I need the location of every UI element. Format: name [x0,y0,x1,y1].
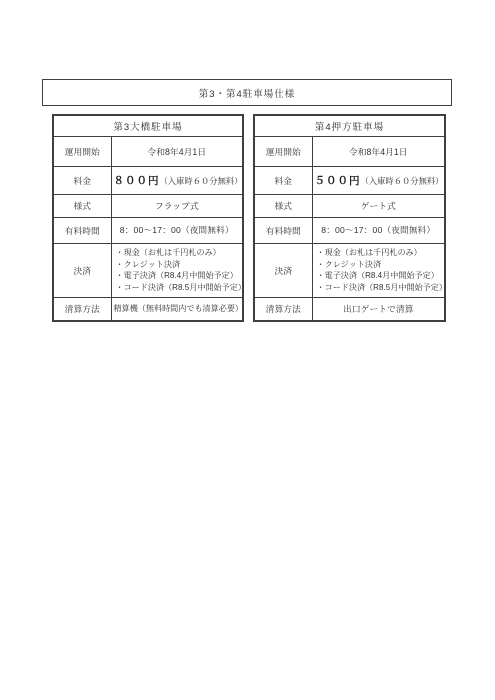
lot4-start-value: 令和8年4月1日 [312,136,445,166]
lot3-fee-amount: ８００円 [114,175,160,187]
table-row: 有料時間 8：00～17：00（夜間無料） [254,217,445,243]
document-title-box: 第3・第4駐車場仕様 [42,79,452,106]
table-row: 料金 ８００円（入庫時６０分無料） [53,166,243,194]
payment-item: ・現金（お札は千円札のみ） [116,247,241,259]
table-row: 様式 フラップ式 [53,194,243,217]
lot4-table-title: 第4押方駐車場 [254,115,445,136]
lot3-fee-label: 料金 [53,166,111,194]
lot4-fee-note: （入庫時６０分無料） [361,176,444,186]
lot4-fee-label: 料金 [254,166,312,194]
lot4-payment-label: 決済 [254,243,312,297]
payment-item: ・コード決済（R8.5月中開始予定） [116,282,241,294]
lot4-style-label: 様式 [254,194,312,217]
lot4-payment-list: ・現金（お札は千円札のみ） ・クレジット決済 ・電子決済（R8.4月中開始予定）… [312,243,445,297]
payment-item: ・電子決済（R8.4月中開始予定） [116,270,241,282]
parking-lot3-table: 第3大橋駐車場 運用開始 令和8年4月1日 料金 ８００円（入庫時６０分無料） … [52,114,244,322]
lot3-table-title: 第3大橋駐車場 [53,115,243,136]
payment-item: ・クレジット決済 [317,259,443,271]
lot3-payment-label: 決済 [53,243,111,297]
lot3-payment-list: ・現金（お札は千円札のみ） ・クレジット決済 ・電子決済（R8.4月中開始予定）… [111,243,243,297]
lot3-settlement-label: 清算方法 [53,297,111,321]
table-row: 様式 ゲート式 [254,194,445,217]
table-row: 料金 ５００円（入庫時６０分無料） [254,166,445,194]
lot4-fee-value: ５００円（入庫時６０分無料） [312,166,445,194]
lot3-settlement-value: 精算機（無料時間内でも清算必要） [111,297,243,321]
lot3-start-label: 運用開始 [53,136,111,166]
payment-item: ・コード決済（R8.5月中開始予定） [317,282,443,294]
table-row: 決済 ・現金（お札は千円札のみ） ・クレジット決済 ・電子決済（R8.4月中開始… [53,243,243,297]
lot4-hours-label: 有料時間 [254,217,312,243]
lot4-style-value: ゲート式 [312,194,445,217]
table-row: 清算方法 精算機（無料時間内でも清算必要） [53,297,243,321]
document-title: 第3・第4駐車場仕様 [199,86,296,100]
lot3-hours-label: 有料時間 [53,217,111,243]
payment-item: ・電子決済（R8.4月中開始予定） [317,270,443,282]
table-row: 第3大橋駐車場 [53,115,243,136]
lot4-fee-amount: ５００円 [315,175,361,187]
lot3-fee-note: （入庫時６０分無料） [160,176,243,186]
table-row: 決済 ・現金（お札は千円札のみ） ・クレジット決済 ・電子決済（R8.4月中開始… [254,243,445,297]
table-row: 第4押方駐車場 [254,115,445,136]
lot3-hours-value: 8：00～17：00（夜間無料） [111,217,243,243]
document-page: 第3・第4駐車場仕様 第3大橋駐車場 運用開始 令和8年4月1日 料金 ８００円… [0,0,495,700]
lot4-settlement-label: 清算方法 [254,297,312,321]
lot3-fee-value: ８００円（入庫時６０分無料） [111,166,243,194]
lot3-style-label: 様式 [53,194,111,217]
payment-item: ・現金（お札は千円札のみ） [317,247,443,259]
lot3-style-value: フラップ式 [111,194,243,217]
lot4-start-label: 運用開始 [254,136,312,166]
lot4-settlement-value: 出口ゲートで清算 [312,297,445,321]
lot3-start-value: 令和8年4月1日 [111,136,243,166]
table-row: 運用開始 令和8年4月1日 [53,136,243,166]
parking-lot4-table: 第4押方駐車場 運用開始 令和8年4月1日 料金 ５００円（入庫時６０分無料） … [253,114,446,322]
table-row: 有料時間 8：00～17：00（夜間無料） [53,217,243,243]
lot4-hours-value: 8：00～17：00（夜間無料） [312,217,445,243]
payment-item: ・クレジット決済 [116,259,241,271]
table-row: 運用開始 令和8年4月1日 [254,136,445,166]
table-row: 清算方法 出口ゲートで清算 [254,297,445,321]
